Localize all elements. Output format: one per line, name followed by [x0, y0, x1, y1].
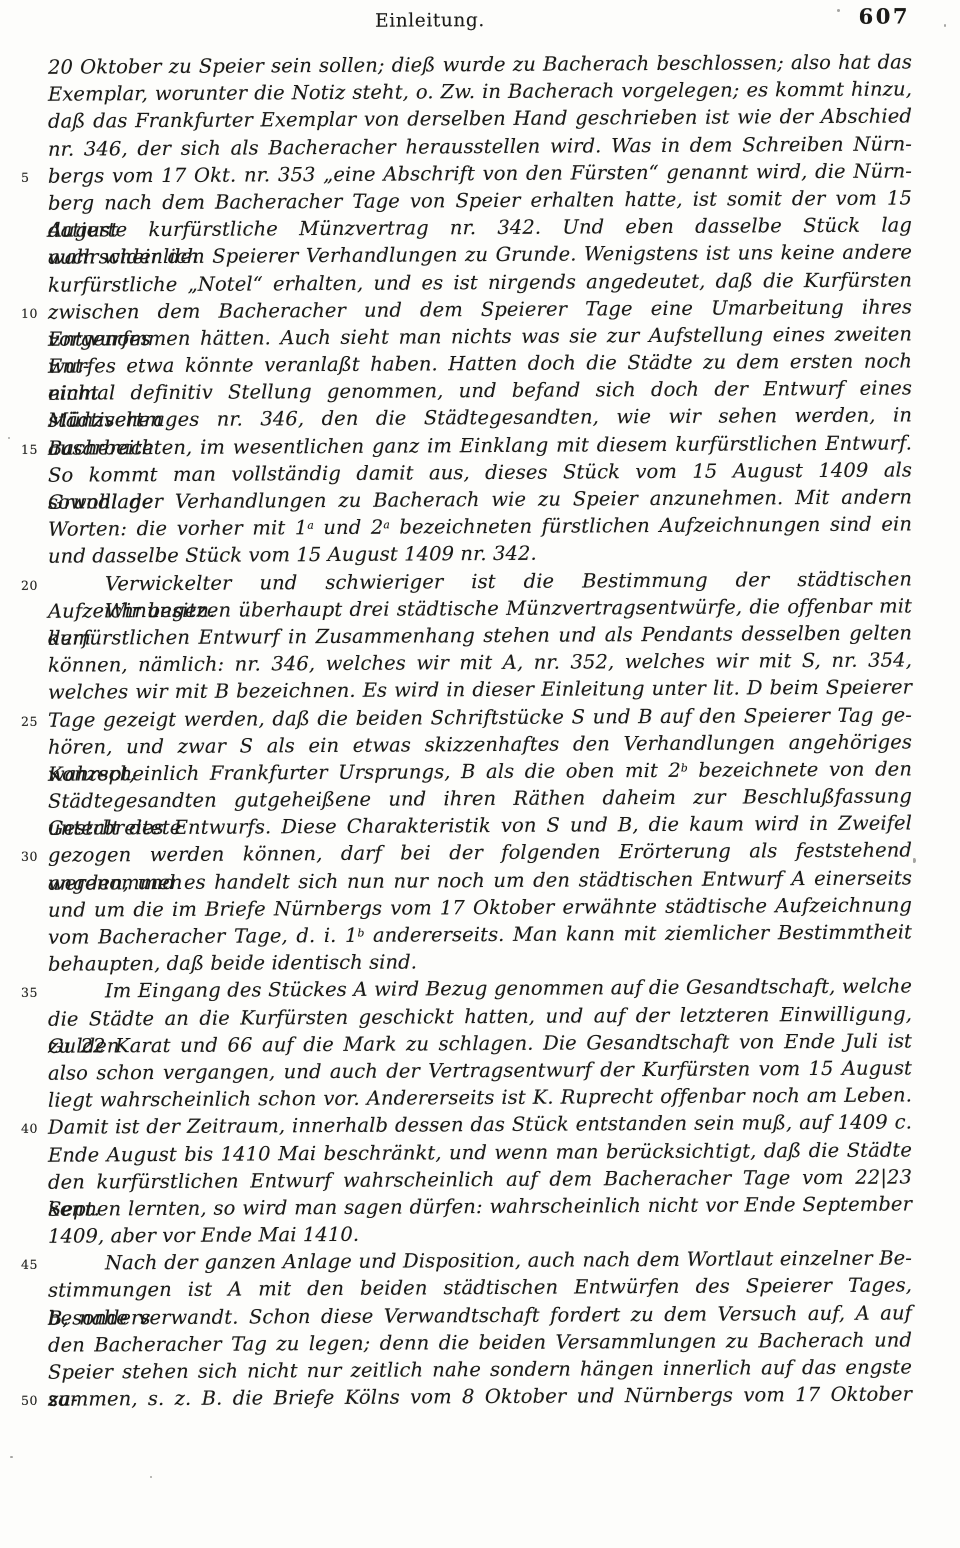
line-text: vom Bacheracher Tage, d. i. 1b andererse… [48, 920, 912, 948]
line-text: liegt wahrscheinlich schon vor. Anderers… [48, 1084, 912, 1112]
margin-line-number: 35 [21, 979, 42, 1006]
page-content: Einleitung. 607 20 Oktober zu Speier sei… [0, 0, 960, 1548]
scan-speck [10, 1456, 13, 1458]
line-text: sowohl der Verhandlungen zu Bacherach wi… [48, 485, 912, 513]
margin-line-number: 30 [21, 843, 42, 870]
margin-line-number: 50 [21, 1387, 42, 1414]
line-text: Nach der ganzen Anlage und Disposition, … [48, 1247, 912, 1275]
margin-line-number: 15 [21, 435, 42, 462]
line-text: den Bacheracher Tag zu legen; denn die b… [48, 1328, 912, 1356]
line-text: können, nämlich: nr. 346, welches wir mi… [48, 649, 912, 677]
line-text: B, nahe verwandt. Schon diese Verwandtsc… [48, 1301, 912, 1329]
line-text: kurfürstlichen Entwurf in Zusammenhang s… [48, 621, 912, 649]
line-text: daß das Frankfurter Exemplar von derselb… [48, 105, 912, 133]
line-text: zu 22 Karat und 66 auf die Mark zu schla… [48, 1029, 912, 1057]
line-text: nr. 346, der sich als Bacheracher heraus… [48, 132, 912, 160]
line-text: Im Eingang des Stückes A wird Bezug geno… [48, 975, 912, 1003]
scan-speck [150, 1476, 152, 1478]
line-text: 20 Oktober zu Speier sein sollen; dieß w… [48, 50, 912, 78]
text-line: 50sammen, s. z. B. die Briefe Kölns vom … [48, 1381, 912, 1413]
line-text: bergs vom 17 Okt. nr. 353 „eine Abschrif… [48, 159, 912, 187]
scan-speck [8, 437, 10, 439]
line-text: Damit ist der Zeitraum, innerhalb dessen… [48, 1111, 912, 1139]
margin-line-number: 25 [21, 707, 42, 734]
body-text: 20 Oktober zu Speier sein sollen; dieß w… [48, 48, 912, 1413]
line-text: werden, und es handelt sich nun nur noch… [48, 866, 912, 894]
line-text: Tage gezeigt werden, daß die beiden Schr… [48, 703, 912, 731]
margin-line-number: 40 [21, 1115, 42, 1142]
line-text: welches wir mit B bezeichnen. Es wird in… [48, 676, 912, 704]
line-text: Ende August bis 1410 Mai beschränkt, und… [48, 1138, 912, 1166]
running-header: Einleitung. [375, 10, 485, 32]
margin-line-number: 5 [21, 163, 42, 190]
margin-line-number: 20 [21, 571, 42, 598]
line-text: 1409, aber vor Ende Mai 1410. [48, 1223, 359, 1248]
line-text: wahrscheinlich Frankfurter Ursprungs, B … [48, 757, 912, 785]
line-text: und um die im Briefe Nürnbergs vom 17 Ok… [48, 893, 912, 921]
line-text: kurfürstliche „Notel“ erhalten, und es i… [48, 268, 912, 296]
line-text: kennen lernten, so wird man sagen dürfen… [48, 1192, 912, 1220]
scan-speck [944, 24, 946, 27]
scan-speck [890, 120, 892, 122]
margin-line-number: 45 [21, 1251, 42, 1278]
line-text: Exemplar, worunter die Notiz steht, o. Z… [48, 78, 912, 106]
line-text: ausarbeiteten, im wesentlichen ganz im E… [48, 431, 912, 459]
scan-speck [913, 858, 916, 863]
margin-line-number: 10 [21, 299, 42, 326]
line-text: Gestalt des Entwurfs. Diese Charakterist… [48, 812, 912, 840]
line-text: Worten: die vorher mit 1a und 2a bezeich… [48, 513, 912, 541]
line-text: also schon vergangen, und auch der Vertr… [48, 1056, 912, 1084]
line-text: sammen, s. z. B. die Briefe Kölns vom 8 … [48, 1383, 912, 1411]
line-text: und dasselbe Stück vom 15 August 1409 nr… [48, 542, 537, 568]
page-number: 607 [859, 3, 910, 28]
line-text: auch wider den Speierer Verhandlungen zu… [48, 241, 912, 269]
scan-speck [837, 9, 840, 12]
line-text: behaupten, daß beide identisch sind. [48, 951, 417, 976]
book-page: Einleitung. 607 20 Oktober zu Speier sei… [0, 0, 960, 1548]
